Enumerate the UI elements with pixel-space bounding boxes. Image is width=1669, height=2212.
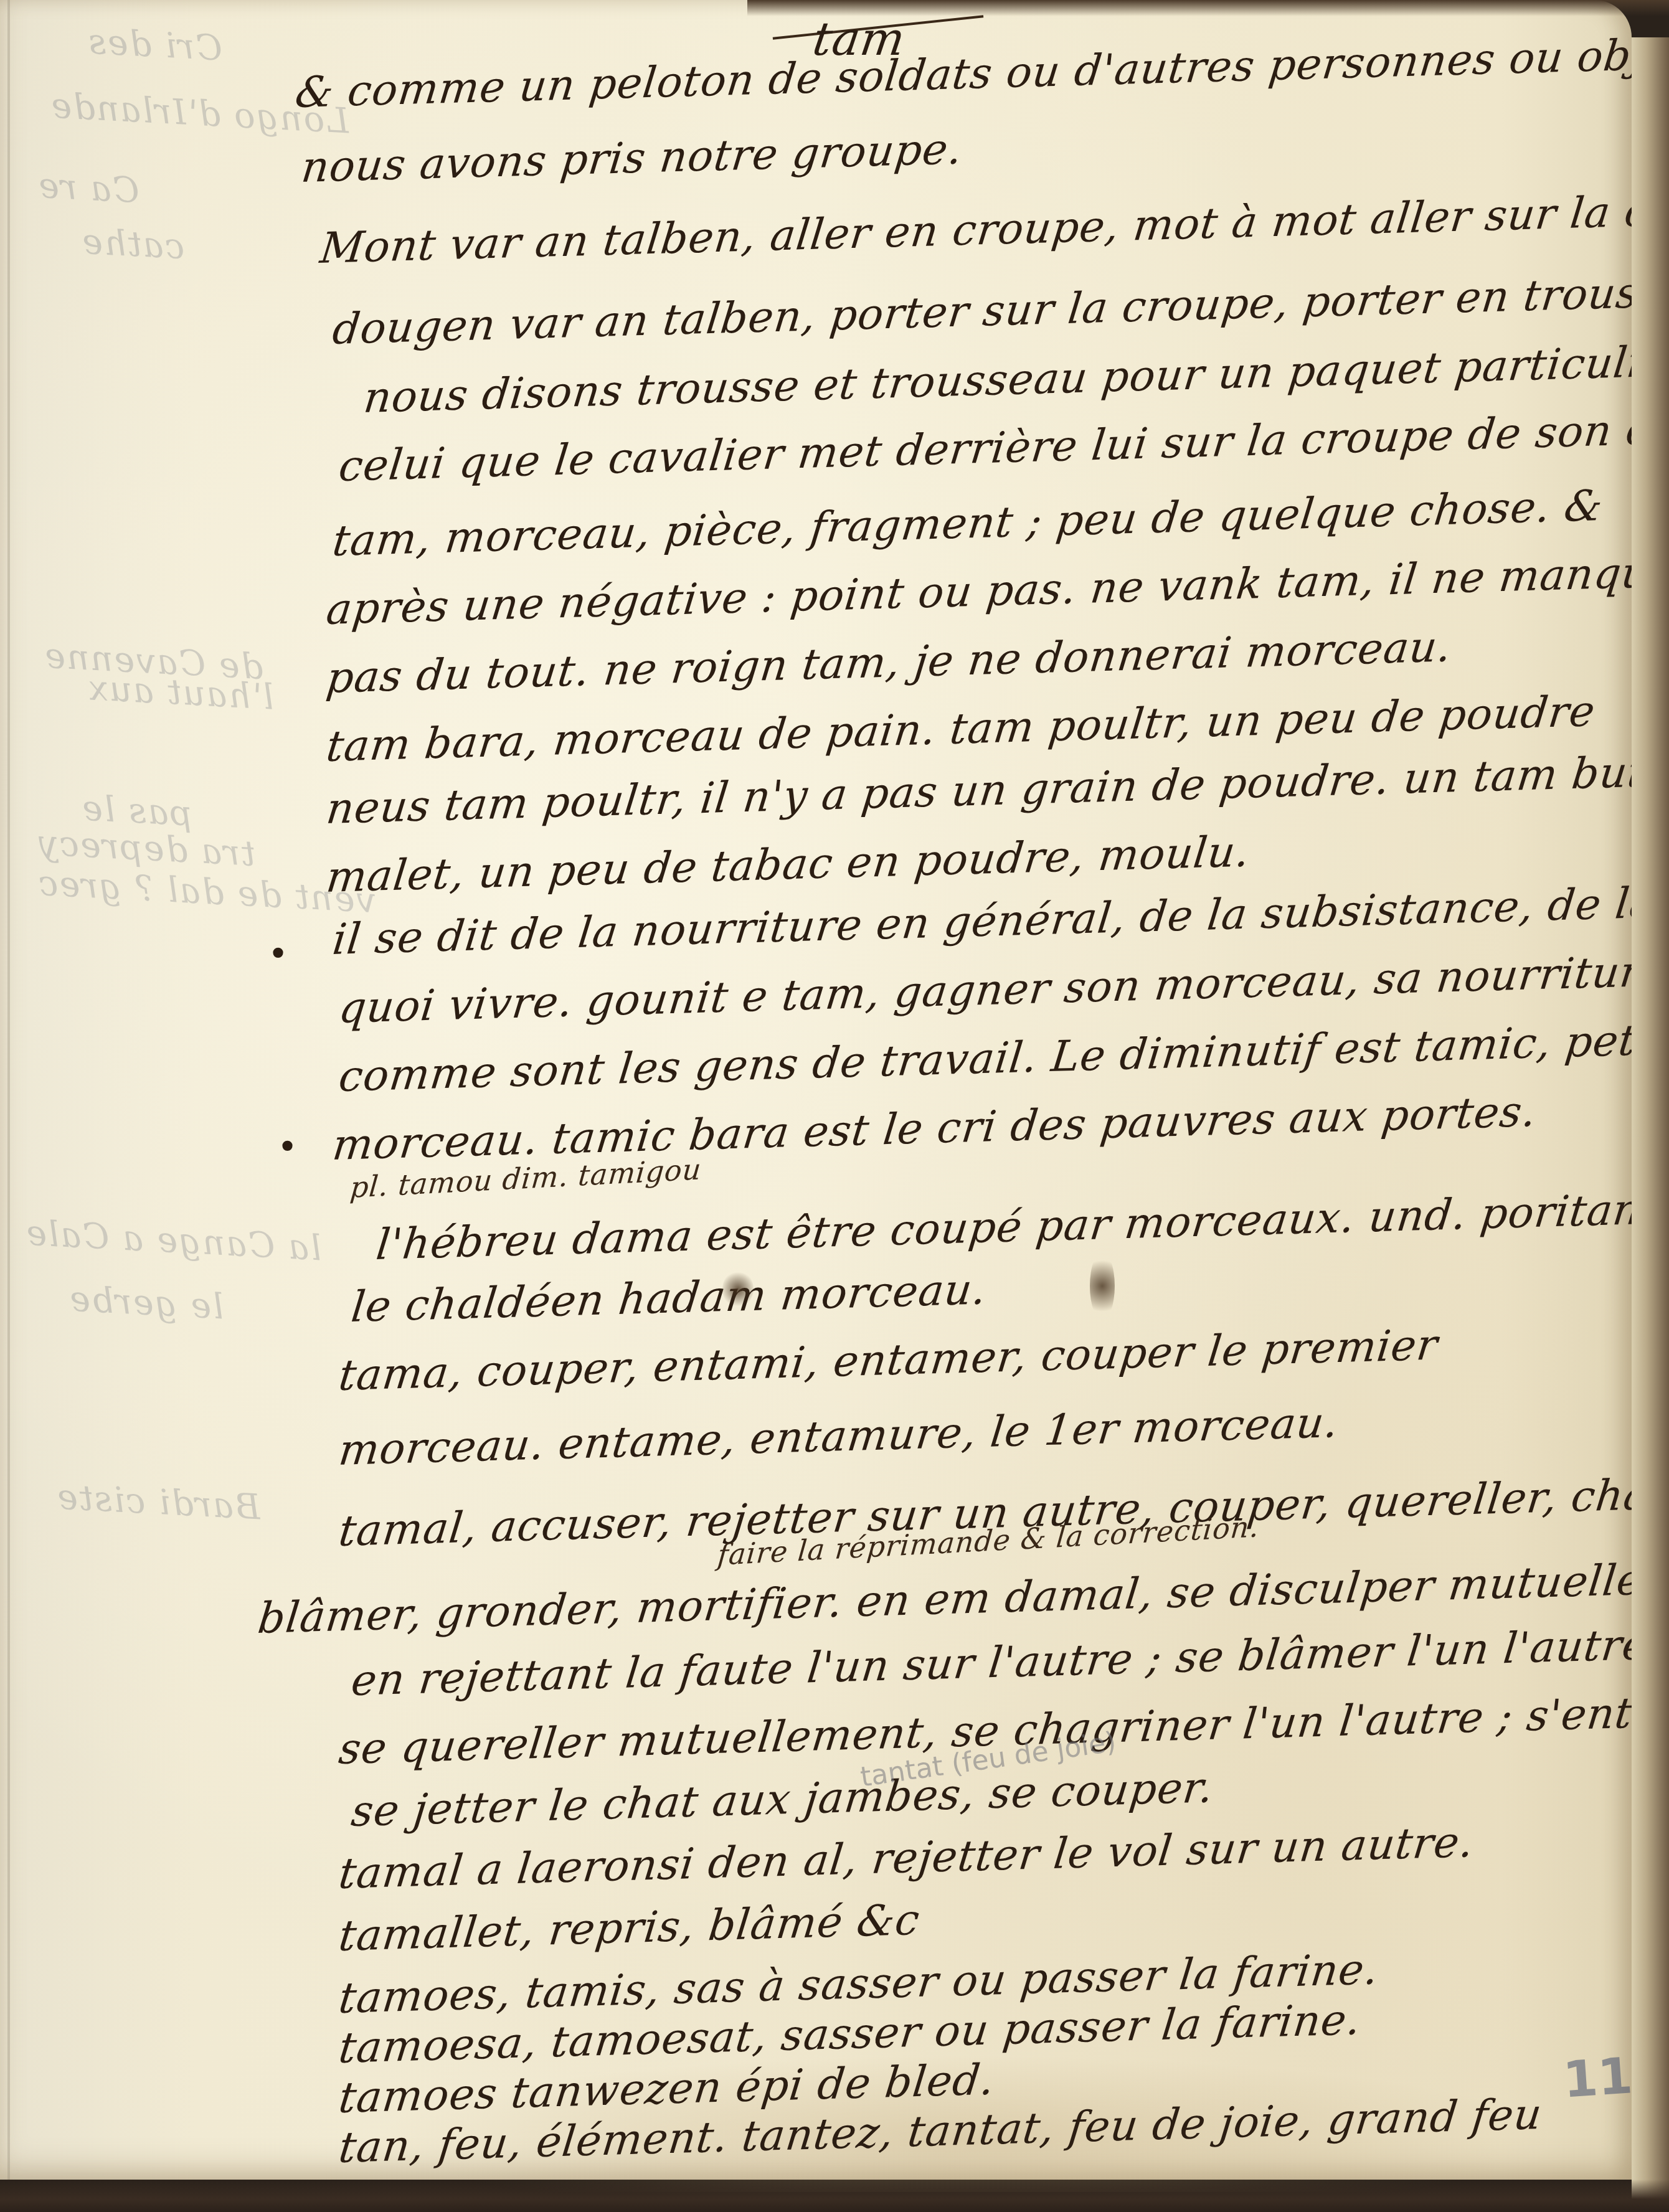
text-line: morceau. entame, entamure, le 1er morcea… [336,1398,1341,1475]
text-line: nous avons pris notre groupe. [299,125,965,192]
bleed-through-text: cathe [80,222,186,268]
text-line: tamallet, repris, blâmé &c [336,1896,922,1961]
bleed-through-text: le gerbe [67,1279,225,1328]
bleed-through-text: Ca re [36,166,140,211]
manuscript-page: Cri des Longo d'Irlande Ca re cathe de C… [0,0,1632,2180]
page-edge-top [747,0,1669,16]
bleed-through-text: la Cange a Cale [24,1213,323,1269]
text-line: dougen var an talben, porter sur la crou… [330,267,1669,354]
ink-blot [1090,1252,1115,1320]
binding-edge-bottom [0,2180,1669,2212]
text-line: le chaldéen hadam morceau. [349,1265,989,1332]
text-line: & comme un peloton de soldats ou d'autre… [293,26,1669,118]
text-line: Mont var an talben, aller en croupe, mot… [318,183,1669,273]
gutter-fold [7,0,10,2180]
text-line: morceau. tamic bara est le cri des pauvr… [330,1087,1539,1170]
page-mark: 11 [1561,2046,1635,2109]
page-edge-right [1632,37,1669,2212]
text-line: l'hébreu dama est être coupé par morceau… [374,1185,1643,1270]
text-line: tama, couper, entami, entamer, couper le… [336,1320,1440,1401]
text-line: se jetter le chat aux jambes, se couper. [349,1763,1216,1836]
ink-blot [722,1270,754,1308]
margin-mark: • [277,1127,298,1168]
text-line: tam, morceau, pièce, fragment ; peu de q… [330,481,1605,566]
text-line: pas du tout. ne roign tam, je ne donnera… [324,622,1454,703]
margin-mark: • [268,934,288,975]
bleed-through-text: Bardi ciste [55,1477,262,1528]
bleed-through-text: Cri des [86,21,223,69]
text-line: malet, un peu de tabac en poudre, moulu. [324,827,1252,902]
